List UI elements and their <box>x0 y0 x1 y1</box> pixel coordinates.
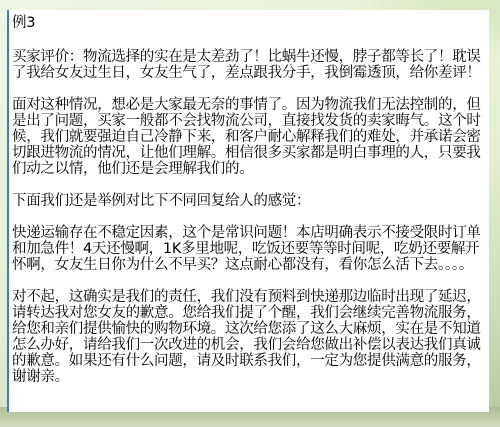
paragraph-gap <box>12 273 485 289</box>
example-title: 例3 <box>12 13 485 33</box>
buyer-review-paragraph: 买家评价：物流选择的实在是太差劲了！比蜗牛还慢，脖子都等长了！耽误了我给女友过生… <box>12 49 485 81</box>
paragraph-gap <box>12 33 485 49</box>
paragraph-gap <box>12 209 485 225</box>
advice-paragraph: 面对这种情况，想必是大家最无奈的事情了。因为物流我们无法控制的，但是出了问题，买… <box>12 97 485 177</box>
paragraph-gap <box>12 81 485 97</box>
paragraph-gap <box>12 177 485 193</box>
comparison-intro-paragraph: 下面我们还是举例对比下不同回复给人的感觉： <box>12 193 485 209</box>
bad-reply-paragraph: 快递运输存在不稳定因素，这个是常识问题！本店明确表示不接受限时订单和加急件！4天… <box>12 225 485 273</box>
good-reply-paragraph: 对不起，这确实是我们的责任，我们没有预料到快递那边临时出现了延迟，请转达我对您女… <box>12 289 485 385</box>
text-box: 例3 买家评价：物流选择的实在是太差劲了！比蜗牛还慢，脖子都等长了！耽误了我给女… <box>7 10 489 412</box>
